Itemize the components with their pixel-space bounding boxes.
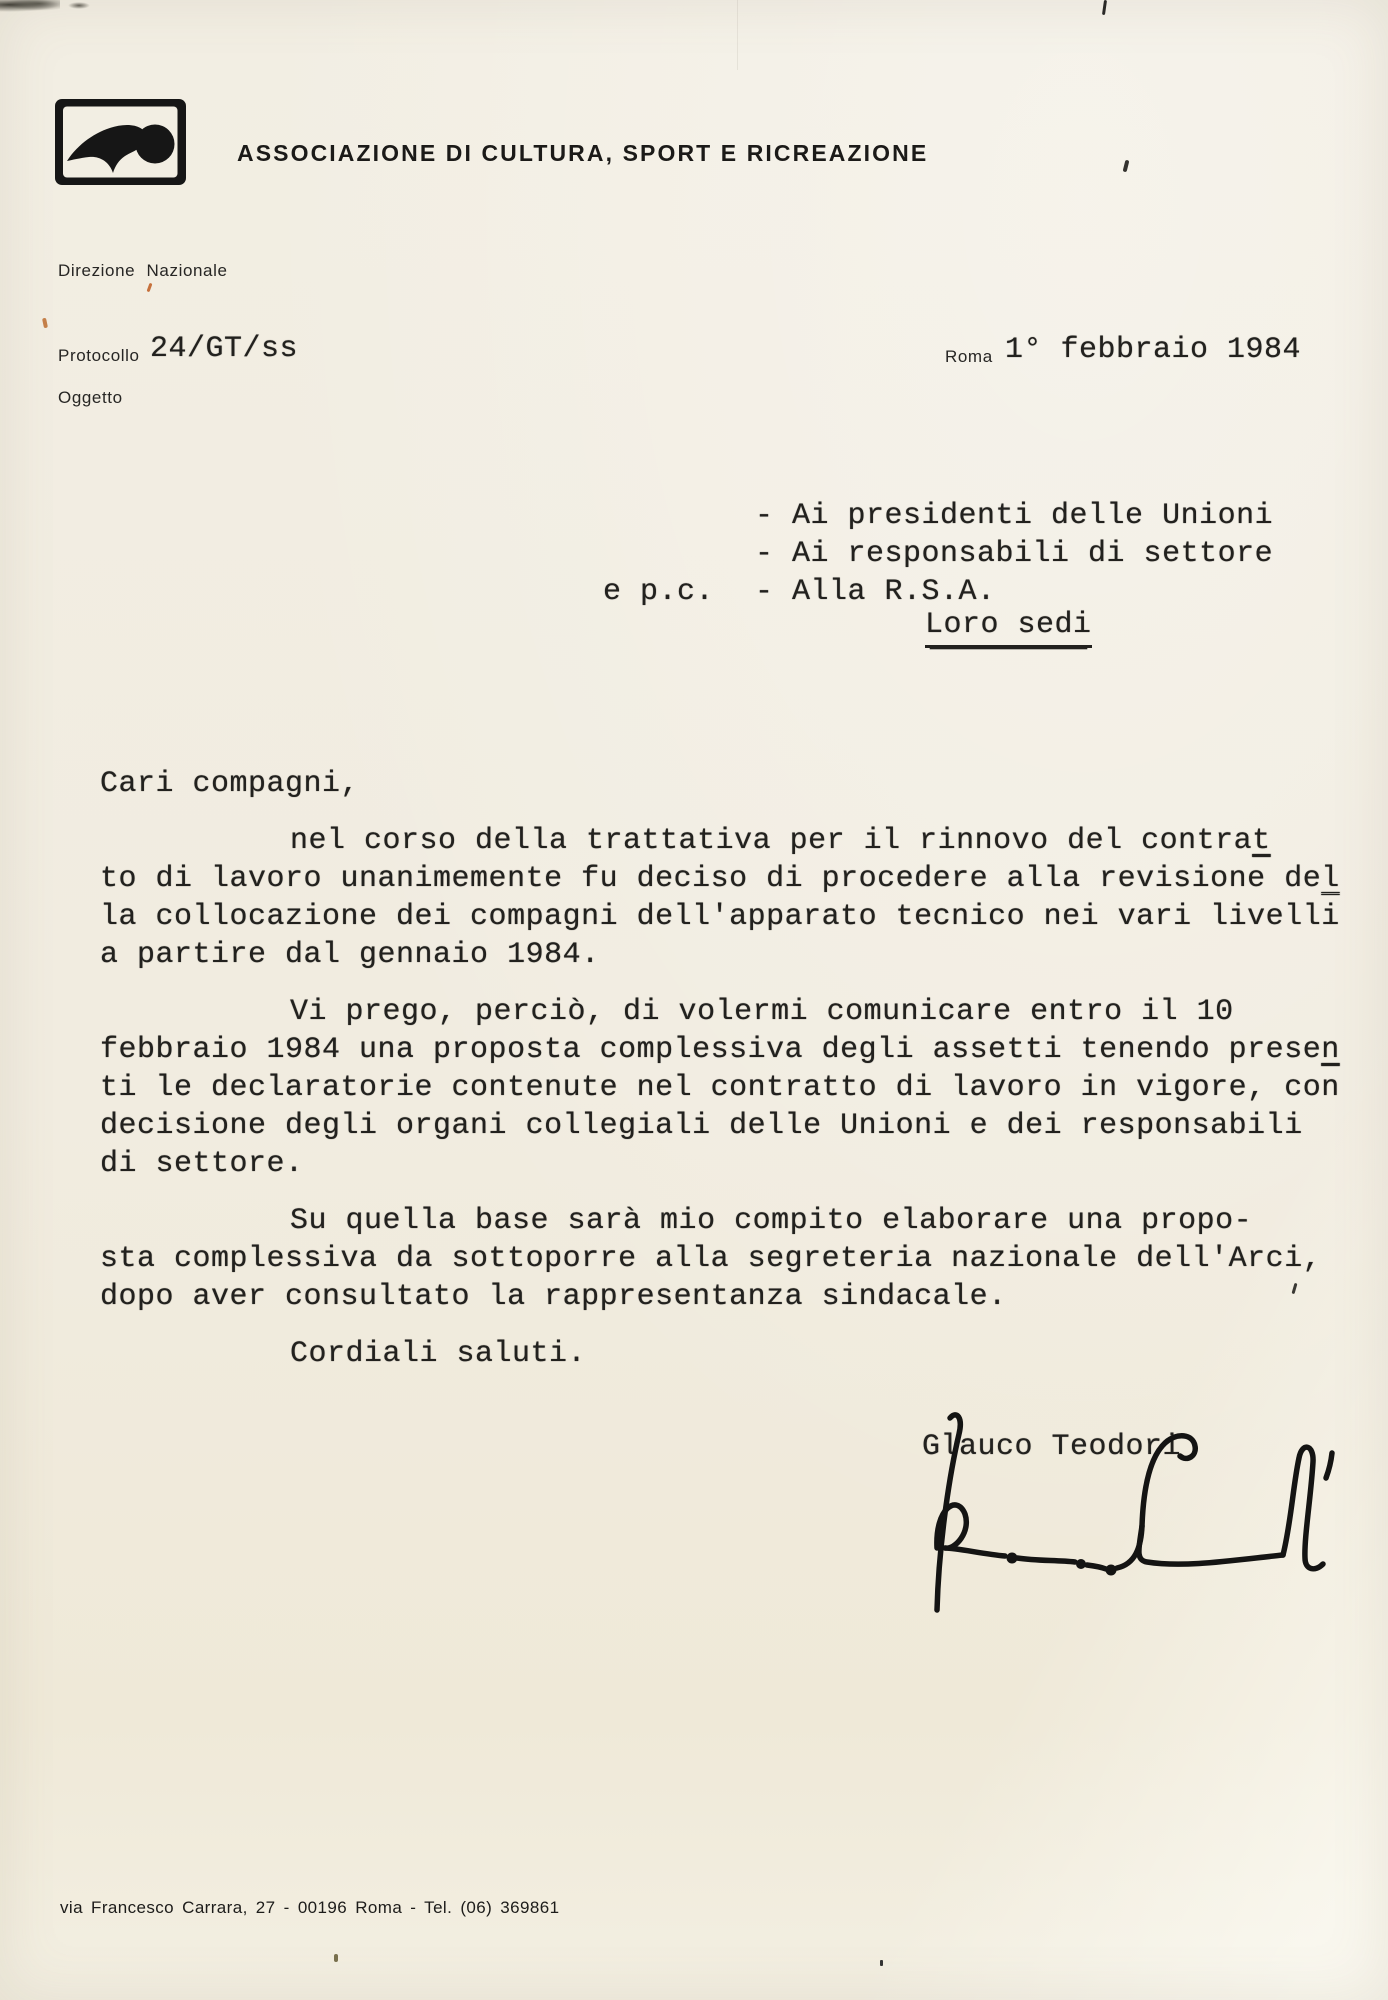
recipient-line: - Ai presidenti delle Unioni <box>755 497 1273 535</box>
arci-swoosh-logo-icon <box>55 99 186 185</box>
body-line: a partire dal gennaio 1984. <box>100 936 1360 974</box>
paragraph: Su quella base sarà mio compito elaborar… <box>100 1202 1360 1316</box>
body-line: Su quella base sarà mio compito elaborar… <box>100 1202 1360 1240</box>
body-line: ti le declaratorie contenute nel contrat… <box>100 1069 1360 1107</box>
cc-label: e p.c. <box>603 575 714 609</box>
recipient-list: - Ai presidenti delle Unioni- Ai respons… <box>755 497 1273 611</box>
salutation: Cari compagni, <box>100 765 1360 803</box>
scan-speck <box>334 1954 338 1962</box>
scanned-letter-page: ASSOCIAZIONE DI CULTURA, SPORT E RICREAZ… <box>0 0 1388 2000</box>
continuation-underline: l <box>1321 862 1340 896</box>
footer-address: via Francesco Carrara, 27 - 00196 Roma -… <box>60 1898 559 1918</box>
closing-line: Cordiali saluti. <box>100 1335 1360 1373</box>
body-line: decisione degli organi collegiali delle … <box>100 1107 1360 1145</box>
ink-fleck <box>42 318 48 329</box>
continuation-underline: t <box>1252 824 1271 858</box>
scan-speck <box>880 1960 883 1966</box>
recipient-location: Loro sedi <box>925 608 1092 648</box>
recipient-line: - Alla R.S.A. <box>755 573 1273 611</box>
paper-crease <box>737 0 738 70</box>
paragraphs: nel corso della trattativa per il rinnov… <box>100 822 1360 1316</box>
letter-body: Cari compagni, nel corso della trattativ… <box>100 765 1360 1373</box>
paragraph: Vi prego, perciò, di volermi comunicare … <box>100 993 1360 1183</box>
body-line: la collocazione dei compagni dell'appara… <box>100 898 1360 936</box>
ink-fleck <box>147 283 153 292</box>
letter-date: 1° febbraio 1984 <box>1005 333 1301 367</box>
body-line: febbraio 1984 una proposta complessiva d… <box>100 1031 1360 1069</box>
body-line: dopo aver consultato la rappresentanza s… <box>100 1278 1360 1316</box>
scan-edge-debris <box>68 2 90 9</box>
body-line: sta complessiva da sottoporre alla segre… <box>100 1240 1360 1278</box>
protocol-label: Protocollo <box>58 346 140 366</box>
department-label: Direzione Nazionale <box>58 261 228 281</box>
recipient-location-text: Loro sedi <box>925 608 1092 648</box>
paragraph: nel corso della trattativa per il rinnov… <box>100 822 1360 974</box>
body-line: Vi prego, perciò, di volermi comunicare … <box>100 993 1360 1031</box>
subject-label: Oggetto <box>58 388 123 408</box>
scan-edge-debris <box>0 0 60 12</box>
recipient-line: - Ai responsabili di settore <box>755 535 1273 573</box>
continuation-underline: n <box>1321 1033 1340 1067</box>
body-line: nel corso della trattativa per il rinnov… <box>100 822 1360 860</box>
protocol-number: 24/GT/ss <box>150 332 298 366</box>
body-line: to di lavoro unanimemente fu deciso di p… <box>100 860 1360 898</box>
city-label: Roma <box>945 347 993 367</box>
scan-mark <box>1123 160 1130 173</box>
body-line: di settore. <box>100 1145 1360 1183</box>
scan-mark <box>1102 0 1107 15</box>
typed-signatory-name: Glauco Teodori <box>922 1430 1181 1464</box>
organization-name: ASSOCIAZIONE DI CULTURA, SPORT E RICREAZ… <box>237 140 928 167</box>
